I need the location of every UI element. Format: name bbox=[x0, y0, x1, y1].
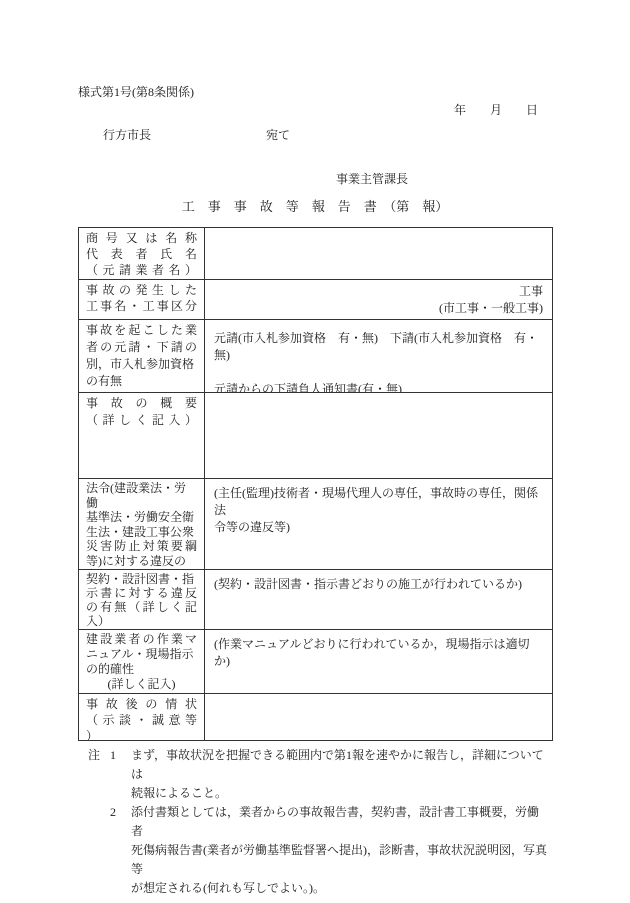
row-value: (契約・設計図書・指示書どおりの施工が行われているか) bbox=[205, 570, 552, 629]
row-law-violation: 法令(建設業法・労働 基準法・労働安全衛 生法・建設工事公衆 災害防止対策要綱 … bbox=[79, 478, 552, 569]
row-label: 建設業者の作業マ ニュアル・現場指示 の的確性 (詳しく記入) bbox=[79, 630, 205, 693]
row-value: 元請(市入札参加資格 有・無) 下請(市入札参加資格 有・無) 元請からの下請負… bbox=[205, 320, 552, 392]
row-label-line: の有無（詳しく記 bbox=[86, 600, 197, 614]
row-label-line: 入） bbox=[86, 614, 197, 628]
row-label: 契約・設計図書・指 示書に対する違反 の有無（詳しく記 入） bbox=[79, 570, 205, 629]
date-line: 年 月 日 bbox=[0, 101, 538, 118]
row-label: 事 故 後 の 情 状 （ 示 談 ・ 誠 意 等 ） bbox=[79, 694, 205, 740]
row-label-line: 災害防止対策要綱 bbox=[86, 539, 197, 554]
row-label-line: の的確性 bbox=[86, 662, 197, 677]
row-value bbox=[205, 393, 552, 478]
row-label-line: 事 故 の 発 生 し た bbox=[86, 282, 197, 298]
row-label: 事 故 の 概 要 （ 詳 し く 記 入 ） bbox=[79, 393, 205, 478]
row-label-line: 別，市入札参加資格 bbox=[86, 356, 197, 373]
note-item: 注 1 まず，事故状況を把握できる範囲内で第1報を速やかに報告し，詳細については… bbox=[88, 746, 550, 803]
row-label-line: 建設業者の作業マ bbox=[86, 632, 197, 647]
row-value bbox=[205, 228, 552, 279]
row-label-line: 基準法・労働安全衛 bbox=[86, 510, 197, 525]
row-value: (主任(監理)技術者・現場代理人の専任，事故時の専任，関係法 令等の違反等) bbox=[205, 479, 552, 569]
document-page: 様式第1号(第8条関係) 年 月 日 行方市長 宛て 事業主管課長 工 事 事 … bbox=[0, 0, 630, 903]
row-company-name: 商 号 又 は 名 称 代 表 者 氏 名 （ 元 請 業 者 名 ） bbox=[79, 228, 552, 279]
note-item: 2 添付書類としては，業者からの事故報告書，契約書，設計書工事概要，労働者 死傷… bbox=[88, 803, 550, 898]
report-table: 商 号 又 は 名 称 代 表 者 氏 名 （ 元 請 業 者 名 ） 事 故 … bbox=[78, 227, 553, 741]
document-title: 工 事 事 故 等 報 告 書 （第 報） bbox=[0, 196, 630, 215]
note-marker: 注 bbox=[88, 746, 110, 803]
row-label-line: 事 故 後 の 情 状 bbox=[86, 696, 197, 712]
row-contractor-type: 事故を起こした業 者の元請・下請の 別，市入札参加資格 の有無 元請(市入札参加… bbox=[79, 319, 552, 392]
row-contract-violation: 契約・設計図書・指 示書に対する違反 の有無（詳しく記 入） (契約・設計図書・… bbox=[79, 569, 552, 629]
note-number: 1 bbox=[110, 746, 131, 803]
row-label-line: 法令(建設業法・労働 bbox=[86, 481, 197, 510]
row-label-line: 商 号 又 は 名 称 bbox=[86, 230, 197, 246]
row-value: (作業マニュアルどおりに行われているか，現場指示は適切か) bbox=[205, 630, 552, 693]
row-label: 事 故 の 発 生 し た 工事名・工事区分 bbox=[79, 280, 205, 319]
row-label: 法令(建設業法・労働 基準法・労働安全衛 生法・建設工事公衆 災害防止対策要綱 … bbox=[79, 479, 205, 569]
row-label-line: 生法・建設工事公衆 bbox=[86, 525, 197, 540]
row-label-line: 有無(詳しく記入) bbox=[86, 568, 197, 569]
row-label: 商 号 又 は 名 称 代 表 者 氏 名 （ 元 請 業 者 名 ） bbox=[79, 228, 205, 279]
row-label-line: 契約・設計図書・指 bbox=[86, 572, 197, 586]
addressee-suffix: 宛て bbox=[266, 126, 290, 143]
row-label-line: 事故を起こした業 bbox=[86, 322, 197, 339]
row-value bbox=[205, 694, 552, 740]
row-label: 事故を起こした業 者の元請・下請の 別，市入札参加資格 の有無 bbox=[79, 320, 205, 392]
row-label-line: 工事名・工事区分 bbox=[86, 298, 197, 314]
notes-section: 注 1 まず，事故状況を把握できる範囲内で第1報を速やかに報告し，詳細については… bbox=[88, 746, 550, 898]
row-work-manual: 建設業者の作業マ ニュアル・現場指示 の的確性 (詳しく記入) (作業マニュアル… bbox=[79, 629, 552, 693]
row-label-line: (詳しく記入) bbox=[86, 677, 197, 692]
row-label-line: の有無 bbox=[86, 373, 197, 390]
row-label-line: 代 表 者 氏 名 bbox=[86, 246, 197, 262]
row-value: 工事 (市工事・一般工事) bbox=[205, 280, 552, 319]
row-label-line: 事 故 の 概 要 bbox=[86, 395, 197, 412]
row-accident-summary: 事 故 の 概 要 （ 詳 し く 記 入 ） bbox=[79, 392, 552, 478]
row-label-line: （ 詳 し く 記 入 ） bbox=[86, 412, 197, 429]
row-label-line: 者の元請・下請の bbox=[86, 339, 197, 356]
row-label-line: 示書に対する違反 bbox=[86, 586, 197, 600]
note-text: まず，事故状況を把握できる範囲内で第1報を速やかに報告し，詳細については 続報に… bbox=[131, 746, 550, 803]
row-post-accident: 事 故 後 の 情 状 （ 示 談 ・ 誠 意 等 ） bbox=[79, 693, 552, 740]
note-marker bbox=[88, 803, 110, 898]
form-number: 様式第1号(第8条関係) bbox=[78, 83, 194, 100]
section-chief-title: 事業主管課長 bbox=[336, 170, 408, 187]
note-text: 添付書類としては，業者からの事故報告書，契約書，設計書工事概要，労働者 死傷病報… bbox=[131, 803, 550, 898]
note-number: 2 bbox=[110, 803, 131, 898]
row-label-line: （ 示 談 ・ 誠 意 等 ） bbox=[86, 712, 197, 740]
row-label-line: （ 元 請 業 者 名 ） bbox=[86, 262, 197, 278]
row-label-line: 等)に対する違反の bbox=[86, 554, 197, 569]
addressee-name: 行方市長 bbox=[103, 126, 151, 143]
row-construction-name: 事 故 の 発 生 し た 工事名・工事区分 工事 (市工事・一般工事) bbox=[79, 279, 552, 319]
row-label-line: ニュアル・現場指示 bbox=[86, 647, 197, 662]
